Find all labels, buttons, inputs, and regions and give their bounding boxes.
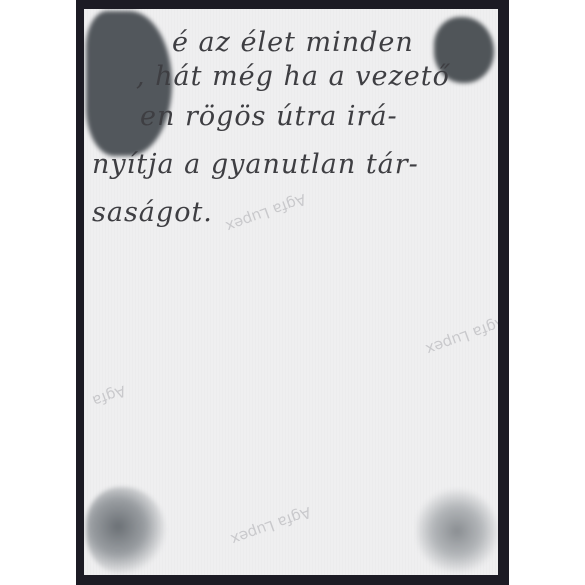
watermark-1: Agfa Lupex xyxy=(223,190,308,236)
smudge-bottom-right xyxy=(416,487,498,575)
handwriting-line-5: saságot. xyxy=(92,197,213,228)
smudge-bottom-left xyxy=(86,487,166,575)
watermark-3: Agfa xyxy=(90,382,128,411)
handwriting-line-4: nyítja a gyanutlan tár- xyxy=(92,149,419,180)
handwriting-line-2: , hát még ha a vezető xyxy=(136,61,450,92)
photo-back-card: é az élet minden , hát még ha a vezető e… xyxy=(84,9,498,575)
handwriting-line-1: é az élet minden xyxy=(172,27,414,58)
watermark-2: Agfa Lupex xyxy=(423,313,498,359)
handwriting-line-3: en rögös útra irá- xyxy=(140,101,398,132)
watermark-4: Agfa Lupex xyxy=(228,503,313,549)
